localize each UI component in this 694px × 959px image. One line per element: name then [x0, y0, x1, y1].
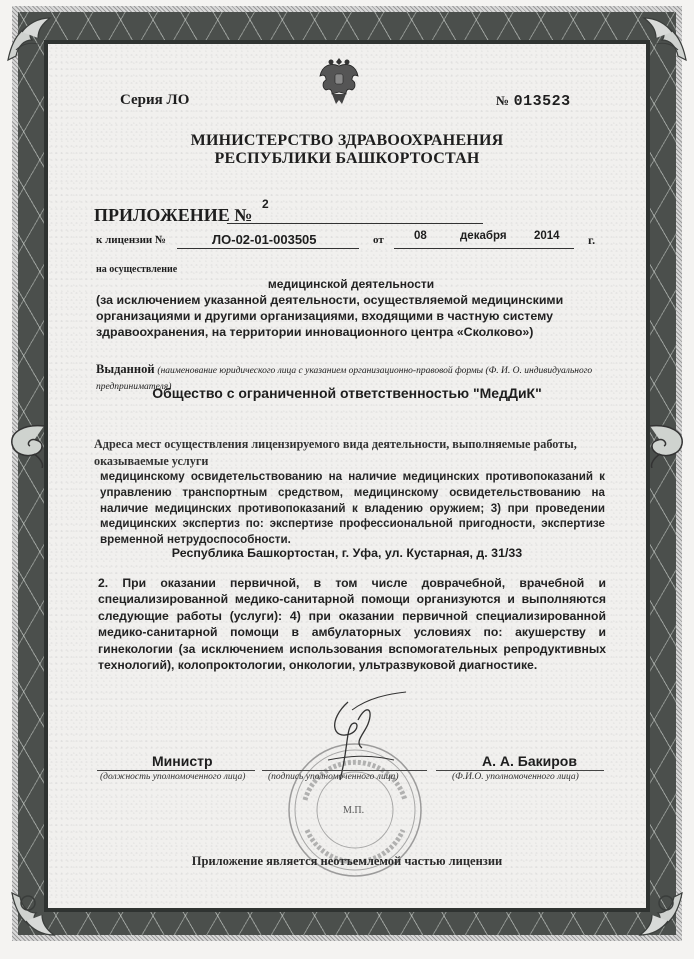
addresses-label: Адреса мест осуществления лицензируемого… — [94, 436, 614, 470]
issued-label: Выданной — [96, 362, 155, 376]
issuer-line-2: РЕСПУБЛИКИ БАШКОРТОСТАН — [0, 150, 694, 168]
license-year: 2014 — [534, 230, 560, 242]
license-month: декабря — [460, 230, 507, 242]
position-field-line — [97, 770, 255, 771]
license-day: 08 — [414, 230, 427, 242]
name-caption: (Ф.И.О. уполномоченного лица) — [452, 772, 579, 782]
appendix-field-line — [227, 223, 483, 224]
address: Республика Башкортостан, г. Уфа, ул. Кус… — [0, 546, 694, 560]
series-label: Серия ЛО — [120, 92, 189, 109]
document-number-value: 013523 — [514, 93, 571, 110]
services-paragraph: 2. При оказании первичной, в том числе д… — [98, 575, 606, 673]
side-scroll-ornament-icon — [646, 418, 690, 468]
name-field-line — [436, 770, 604, 771]
signature-caption: (подпись уполномоченного лица) — [268, 772, 398, 782]
issuer-title: МИНИСТЕРСТВО ЗДРАВООХРАНЕНИЯ РЕСПУБЛИКИ … — [0, 132, 694, 168]
date-field-line — [394, 248, 574, 249]
license-label: к лицензии № — [96, 234, 166, 246]
year-suffix: г. — [588, 233, 595, 248]
seal-label: М.П. — [343, 805, 364, 816]
issuer-line-1: МИНИСТЕРСТВО ЗДРАВООХРАНЕНИЯ — [0, 132, 694, 150]
signatory-name: А. А. Бакиров — [482, 753, 577, 769]
number-sign: № — [496, 93, 510, 108]
activity-block: медицинской деятельности (за исключением… — [96, 276, 606, 340]
appendix-number: 2 — [262, 197, 269, 211]
corner-ornament-icon — [632, 10, 692, 70]
side-scroll-ornament-icon — [4, 418, 48, 468]
corner-ornament-icon — [628, 883, 688, 943]
works-text: медицинскому освидетельствованию на нали… — [100, 469, 605, 548]
footer-note: Приложение является неотъемлемой частью … — [0, 854, 694, 869]
activity-label: на осуществление — [96, 264, 177, 275]
document-number: №013523 — [496, 93, 571, 110]
corner-ornament-icon — [6, 883, 66, 943]
company-name: Общество с ограниченной ответственностью… — [0, 385, 694, 401]
activity-description: (за исключением указанной деятельности, … — [96, 293, 563, 339]
activity-title: медицинской деятельности — [96, 276, 606, 292]
corner-ornament-icon — [2, 10, 62, 70]
license-appendix-page: Серия ЛО №013523 МИНИСТЕРСТВО ЗДРАВООХРА… — [0, 0, 694, 959]
date-label: от — [373, 234, 384, 246]
license-field-line — [177, 248, 359, 249]
position-caption: (должность уполномоченного лица) — [100, 772, 245, 782]
license-number: ЛО-02-01-003505 — [212, 232, 317, 247]
signature-field-line — [262, 770, 427, 771]
coat-of-arms-icon — [316, 52, 362, 108]
signatory-position: Министр — [152, 753, 213, 769]
